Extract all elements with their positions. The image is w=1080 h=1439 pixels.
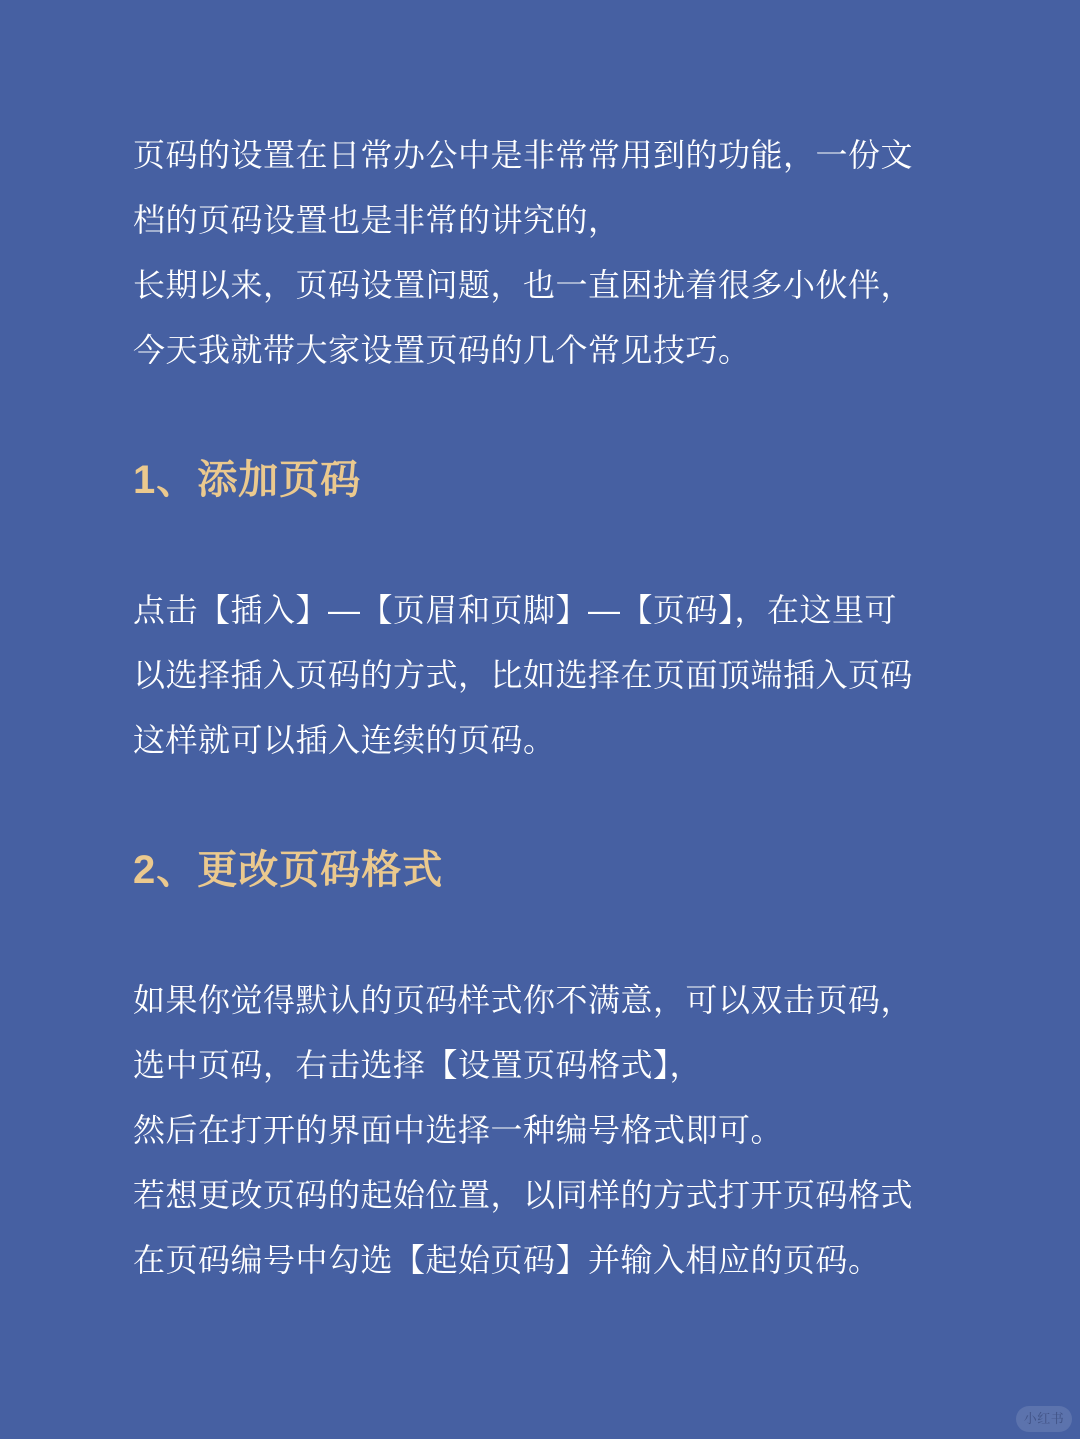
intro-line-3: 长期以来，页码设置问题，也一直困扰着很多小伙伴， xyxy=(133,253,960,318)
xiaohongshu-watermark: 小红书 xyxy=(1016,1406,1072,1432)
section-2-heading: 2、更改页码格式 xyxy=(133,845,443,895)
section-2-line-5: 在页码编号中勾选【起始页码】并输入相应的页码。 xyxy=(133,1228,960,1293)
intro-line-2: 档的页码设置也是非常的讲究的， xyxy=(133,188,960,253)
section-1-line-1: 点击【插入】—【页眉和页脚】—【页码】，在这里可 xyxy=(133,578,960,643)
section-2-line-4: 若想更改页码的起始位置，以同样的方式打开页码格式 xyxy=(133,1163,960,1228)
section-2-line-1: 如果你觉得默认的页码样式你不满意，可以双击页码， xyxy=(133,968,960,1033)
intro-paragraph: 页码的设置在日常办公中是非常常用到的功能，一份文 档的页码设置也是非常的讲究的，… xyxy=(133,123,960,383)
section-2-line-3: 然后在打开的界面中选择一种编号格式即可。 xyxy=(133,1098,960,1163)
section-2-line-2: 选中页码，右击选择【设置页码格式】， xyxy=(133,1033,960,1098)
section-1-line-2: 以选择插入页码的方式，比如选择在页面顶端插入页码 xyxy=(133,643,960,708)
section-1-line-3: 这样就可以插入连续的页码。 xyxy=(133,708,960,773)
intro-line-1: 页码的设置在日常办公中是非常常用到的功能，一份文 xyxy=(133,123,960,188)
section-1-paragraph: 点击【插入】—【页眉和页脚】—【页码】，在这里可 以选择插入页码的方式，比如选择… xyxy=(133,578,960,773)
content-card: 页码的设置在日常办公中是非常常用到的功能，一份文 档的页码设置也是非常的讲究的，… xyxy=(0,0,1080,1439)
intro-line-4: 今天我就带大家设置页码的几个常见技巧。 xyxy=(133,318,960,383)
section-1-heading: 1、添加页码 xyxy=(133,455,361,505)
section-2-paragraph: 如果你觉得默认的页码样式你不满意，可以双击页码， 选中页码，右击选择【设置页码格… xyxy=(133,968,960,1293)
